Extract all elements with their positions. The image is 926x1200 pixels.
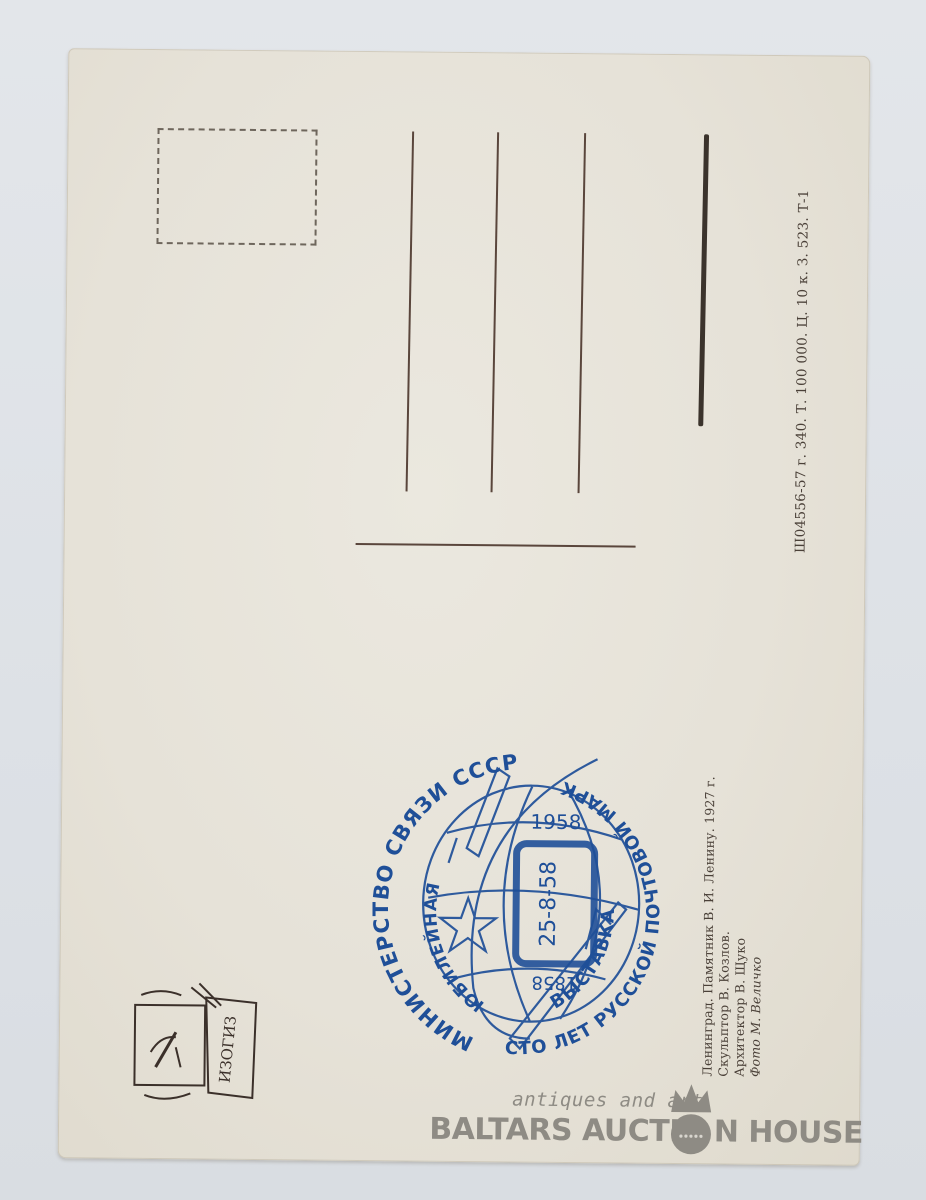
svg-text:МИНИСТЕРСТВО СВЯЗИ СССР: МИНИСТЕРСТВО СВЯЗИ СССР <box>368 748 521 1056</box>
svg-text:СТО ЛЕТ РУССКОЙ ПОЧТОВОЙ МАРКИ: СТО ЛЕТ РУССКОЙ ПОЧТОВОЙ МАРКИ <box>355 737 667 1061</box>
star-icon <box>440 898 497 952</box>
crown-icon <box>665 1084 718 1156</box>
laurel-icon <box>141 991 181 995</box>
watermark-name-right: N HOUSE <box>714 1114 863 1150</box>
stamp-placeholder-box <box>156 128 317 246</box>
print-code-text: Ш04556-57 г. 340. Т. 100 000. Ц. 10 к. З… <box>785 151 819 591</box>
auction-house-watermark: antiques and art BALTARS AUCTIN HOUSE <box>443 1082 864 1166</box>
izogiz-publisher-logo: ИЗОГИЗ <box>120 977 271 1106</box>
postmark-ring-left: МИНИСТЕРСТВО СВЯЗИ СССР <box>368 748 521 1056</box>
postmark-ring-right: СТО ЛЕТ РУССКОЙ ПОЧТОВОЙ МАРКИ <box>355 737 667 1061</box>
watermark-name: BALTARS AUCTIN HOUSE <box>429 1112 863 1151</box>
publisher-name: ИЗОГИЗ <box>216 1015 240 1084</box>
postcard: Ш04556-57 г. 340. Т. 100 000. Ц. 10 к. З… <box>58 48 871 1166</box>
caption-line-photo: Фото М. Величко <box>748 777 767 1078</box>
print-code-label: Ш04556-57 г. 340. Т. 100 000. Ц. 10 к. З… <box>793 189 812 553</box>
commemorative-postmark: 1958 25-8-58 1858 МИНИСТЕРСТВО СВЯЗИ ССС… <box>355 737 678 1070</box>
postmark-date: 25-8-58 <box>536 861 562 947</box>
watermark-name-left: BALTARS AUCTI <box>429 1112 680 1149</box>
caption-block: Ленинград. Памятник В. И. Ленину. 1927 г… <box>686 726 780 1127</box>
year-top-label: 1958 <box>530 810 581 834</box>
